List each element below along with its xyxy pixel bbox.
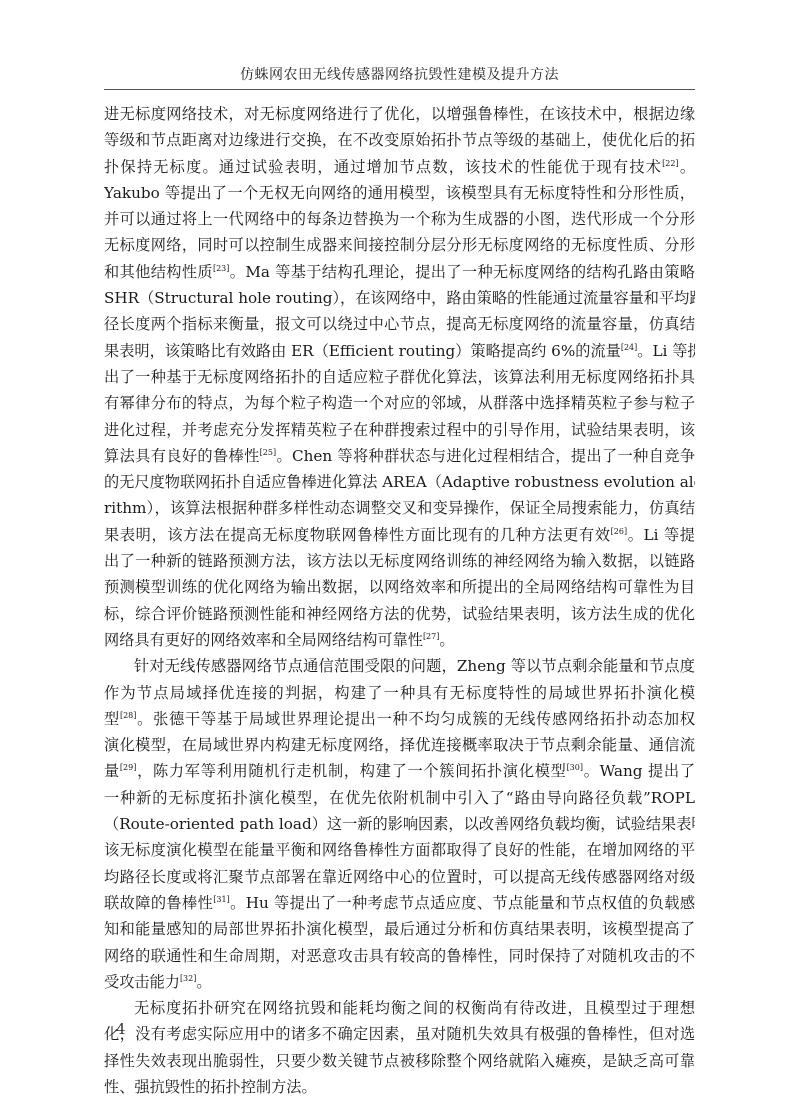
running-head-title: 仿蛛网农田无线传感器网络抗毁性建模及提升方法 (104, 64, 695, 84)
text-line: 联故障的鲁棒性[31]。Hu 等提出了一种考虑节点适应度、节点能量和节点权值的负… (104, 890, 695, 916)
line-text: 算法具有良好的鲁棒性 (104, 447, 260, 465)
line-text: 果表明，该策略比有效路由 ER（Efficient routing）策略提高约 … (104, 342, 621, 360)
line-text: 出了一种基于无标度网络拓扑的自适应粒子群优化算法，该算法利用无标度网络拓扑具 (104, 368, 695, 386)
body-text: 进无标度网络技术，对无标度网络进行了优化，以增强鲁棒性，在该技术中，根据边缘等级… (104, 101, 695, 1100)
line-text: SHR（Structural hole routing），在该网络中，路由策略的… (104, 289, 695, 307)
line-text: 。 (679, 158, 695, 176)
line-text: 扑保持无标度。通过试验表明，通过增加节点数，该技术的性能优于现有技术 (104, 158, 662, 176)
text-line: 的无尺度物联网拓扑自适应鲁棒进化算法 AREA（Adaptive robustn… (104, 469, 695, 495)
text-line: 受攻击能力[32]。 (104, 969, 695, 995)
text-line: SHR（Structural hole routing），在该网络中，路由策略的… (104, 285, 695, 311)
text-line: 算法具有良好的鲁棒性[25]。Chen 等将种群状态与进化过程相结合，提出了一种… (104, 443, 695, 469)
line-text: 并可以通过将上一代网络中的每条边替换为一个称为生成器的小图，迭代形成一个分形 (104, 210, 695, 228)
text-line: 无标度拓扑研究在网络抗毁和能耗均衡之间的权衡尚有待改进，且模型过于理想 (104, 995, 695, 1021)
line-text: 化，没有考虑实际应用中的诸多不确定因素，虽对随机失效具有极强的鲁棒性，但对选 (104, 1025, 695, 1043)
line-text: 无标度网络，同时可以控制生成器来间接控制分层分形无标度网络的无标度性质、分形 (104, 236, 695, 254)
text-line: 等级和节点距离对边缘进行交换，在不改变原始拓扑节点等级的基础上，使优化后的拓 (104, 127, 695, 153)
line-text: 。Li 等提 (627, 526, 695, 544)
citation-ref: [32] (180, 974, 196, 983)
citation-ref: [30] (567, 763, 583, 772)
text-line: 网络的联通性和生命周期，对恶意攻击具有较高的鲁棒性，同时保持了对随机攻击的不 (104, 943, 695, 969)
paragraph: 进无标度网络技术，对无标度网络进行了优化，以增强鲁棒性，在该技术中，根据边缘等级… (104, 101, 695, 653)
text-line: Yakubo 等提出了一个无权无向网络的通用模型，该模型具有无标度特性和分形性质… (104, 180, 695, 206)
line-text: 等级和节点距离对边缘进行交换，在不改变原始拓扑节点等级的基础上，使优化后的拓 (104, 131, 695, 149)
line-text: 均路径长度或将汇聚节点部署在靠近网络中心的位置时，可以提高无线传感器网络对级 (104, 868, 695, 886)
line-text: 网络具有更好的网络效率和全局网络结构可靠性 (104, 631, 423, 649)
line-text: 进无标度网络技术，对无标度网络进行了优化，以增强鲁棒性，在该技术中，根据边缘 (104, 105, 695, 123)
text-line: 该无标度演化模型在能量平衡和网络鲁棒性方面都取得了良好的性能，在增加网络的平 (104, 837, 695, 863)
text-line: 有幂律分布的特点，为每个粒子构造一个对应的邻域，从群落中选择精英粒子参与粒子 (104, 390, 695, 416)
text-line: 预测模型训练的优化网络为输出数据，以网络效率和所提出的全局网络结构可靠性为目 (104, 574, 695, 600)
text-line: 进化过程，并考虑充分发挥精英粒子在种群搜索过程中的引导作用，试验结果表明，该 (104, 417, 695, 443)
citation-ref: [28] (120, 711, 136, 720)
paragraph: 针对无线传感器网络节点通信范围受限的问题，Zheng 等以节点剩余能量和节点度作… (104, 653, 695, 995)
line-text: 该无标度演化模型在能量平衡和网络鲁棒性方面都取得了良好的性能，在增加网络的平 (104, 841, 695, 859)
line-text: 标，综合评价链路预测性能和神经网络方法的优势，试验结果表明，该方法生成的优化 (104, 605, 695, 623)
line-text: 择性失效表现出脆弱性，只要少数关键节点被移除整个网络就陷入瘫痪，是缺乏高可靠 (104, 1052, 695, 1070)
line-text: 针对无线传感器网络节点通信范围受限的问题，Zheng 等以节点剩余能量和节点度 (134, 657, 695, 675)
line-text: 。Li 等提 (637, 342, 695, 360)
text-line: 并可以通过将上一代网络中的每条边替换为一个称为生成器的小图，迭代形成一个分形 (104, 206, 695, 232)
line-text: 。Hu 等提出了一种考虑节点适应度、节点能量和节点权值的负载感 (230, 894, 695, 912)
line-text: 的无尺度物联网拓扑自适应鲁棒进化算法 AREA（Adaptive robustn… (104, 473, 695, 491)
text-line: 果表明，该策略比有效路由 ER（Efficient routing）策略提高约 … (104, 338, 695, 364)
text-line: 标，综合评价链路预测性能和神经网络方法的优势，试验结果表明，该方法生成的优化 (104, 601, 695, 627)
line-text: 。 (196, 973, 211, 991)
citation-ref: [31] (213, 895, 229, 904)
line-text: 无标度拓扑研究在网络抗毁和能耗均衡之间的权衡尚有待改进，且模型过于理想 (134, 999, 695, 1017)
text-line: （Route-oriented path load）这一新的影响因素，以改善网络… (104, 811, 695, 837)
header-rule (104, 89, 695, 90)
citation-ref: [29] (120, 763, 136, 772)
text-line: 出了一种基于无标度网络拓扑的自适应粒子群优化算法，该算法利用无标度网络拓扑具 (104, 364, 695, 390)
line-text: 。 (439, 631, 454, 649)
line-text: 量 (104, 762, 120, 780)
line-text: 型 (104, 710, 120, 728)
text-line: 扑保持无标度。通过试验表明，通过增加节点数，该技术的性能优于现有技术[22]。 (104, 154, 695, 180)
citation-ref: [22] (662, 159, 678, 168)
text-line: rithm），该算法根据种群多样性动态调整交叉和变异操作，保证全局搜索能力，仿真… (104, 495, 695, 521)
text-line: 无标度网络，同时可以控制生成器来间接控制分层分形无标度网络的无标度性质、分形 (104, 232, 695, 258)
line-text: 网络的联通性和生命周期，对恶意攻击具有较高的鲁棒性，同时保持了对随机攻击的不 (104, 947, 695, 965)
line-text: 。Wang 提出了 (583, 762, 695, 780)
line-text: 联故障的鲁棒性 (104, 894, 213, 912)
line-text: 演化模型，在局域世界内构建无标度网络，择优连接概率取决于节点剩余能量、通信流 (104, 736, 695, 754)
text-line: 性、强抗毁性的拓扑控制方法。 (104, 1074, 695, 1100)
text-line: 知和能量感知的局部世界拓扑演化模型，最后通过分析和仿真结果表明，该模型提高了 (104, 916, 695, 942)
citation-ref: [26] (611, 527, 627, 536)
text-line: 果表明，该方法在提高无标度物联网鲁棒性方面比现有的几种方法更有效[26]。Li … (104, 522, 695, 548)
line-text: 进化过程，并考虑充分发挥精英粒子在种群搜索过程中的引导作用，试验结果表明，该 (104, 421, 695, 439)
text-line: 均路径长度或将汇聚节点部署在靠近网络中心的位置时，可以提高无线传感器网络对级 (104, 864, 695, 890)
line-text: 径长度两个指标来衡量，报文可以绕过中心节点，提高无标度网络的流量容量，仿真结 (104, 315, 695, 333)
line-text: 受攻击能力 (104, 973, 180, 991)
text-line: 出了一种新的链路预测方法，该方法以无标度网络训练的神经网络为输入数据，以链路 (104, 548, 695, 574)
text-line: 化，没有考虑实际应用中的诸多不确定因素，虽对随机失效具有极强的鲁棒性，但对选 (104, 1021, 695, 1047)
line-text: 。Ma 等基于结构孔理论，提出了一种无标度网络的结构孔路由策略 (229, 263, 695, 281)
page-number: 4 (116, 1020, 126, 1038)
line-text: （Route-oriented path load）这一新的影响因素，以改善网络… (104, 815, 695, 833)
line-text: 作为节点局域择优连接的判据，构建了一种具有无标度特性的局域世界拓扑演化模 (104, 684, 695, 702)
line-text: 知和能量感知的局部世界拓扑演化模型，最后通过分析和仿真结果表明，该模型提高了 (104, 920, 695, 938)
text-line: 演化模型，在局域世界内构建无标度网络，择优连接概率取决于节点剩余能量、通信流 (104, 732, 695, 758)
line-text: 性、强抗毁性的拓扑控制方法。 (104, 1078, 317, 1096)
text-line: 和其他结构性质[23]。Ma 等基于结构孔理论，提出了一种无标度网络的结构孔路由… (104, 259, 695, 285)
citation-ref: [27] (423, 632, 439, 641)
line-text: 预测模型训练的优化网络为输出数据，以网络效率和所提出的全局网络结构可靠性为目 (104, 578, 695, 596)
line-text: 。张德干等基于局域世界理论提出一种不均匀成簇的无线传感网络拓扑动态加权 (136, 710, 695, 728)
text-line: 针对无线传感器网络节点通信范围受限的问题，Zheng 等以节点剩余能量和节点度 (104, 653, 695, 679)
citation-ref: [24] (621, 343, 637, 352)
text-line: 择性失效表现出脆弱性，只要少数关键节点被移除整个网络就陷入瘫痪，是缺乏高可靠 (104, 1048, 695, 1074)
text-line: 进无标度网络技术，对无标度网络进行了优化，以增强鲁棒性，在该技术中，根据边缘 (104, 101, 695, 127)
line-text: rithm），该算法根据种群多样性动态调整交叉和变异操作，保证全局搜索能力，仿真… (104, 499, 695, 517)
text-line: 作为节点局域择优连接的判据，构建了一种具有无标度特性的局域世界拓扑演化模 (104, 680, 695, 706)
line-text: 果表明，该方法在提高无标度物联网鲁棒性方面比现有的几种方法更有效 (104, 526, 611, 544)
line-text: ，陈力军等利用随机行走机制，构建了一个簇间拓扑演化模型 (136, 762, 566, 780)
line-text: Yakubo 等提出了一个无权无向网络的通用模型，该模型具有无标度特性和分形性质… (104, 184, 695, 202)
text-line: 网络具有更好的网络效率和全局网络结构可靠性[27]。 (104, 627, 695, 653)
line-text: 有幂律分布的特点，为每个粒子构造一个对应的邻域，从群落中选择精英粒子参与粒子 (104, 394, 695, 412)
text-line: 径长度两个指标来衡量，报文可以绕过中心节点，提高无标度网络的流量容量，仿真结 (104, 311, 695, 337)
line-text: 出了一种新的链路预测方法，该方法以无标度网络训练的神经网络为输入数据，以链路 (104, 552, 695, 570)
paragraph: 无标度拓扑研究在网络抗毁和能耗均衡之间的权衡尚有待改进，且模型过于理想化，没有考… (104, 995, 695, 1100)
line-text: 和其他结构性质 (104, 263, 213, 281)
citation-ref: [23] (213, 264, 229, 273)
text-line: 量[29]，陈力军等利用随机行走机制，构建了一个簇间拓扑演化模型[30]。Wan… (104, 758, 695, 784)
text-line: 一种新的无标度拓扑演化模型，在优先依附机制中引入了“路由导向路径负载”ROPL (104, 785, 695, 811)
text-line: 型[28]。张德干等基于局域世界理论提出一种不均匀成簇的无线传感网络拓扑动态加权 (104, 706, 695, 732)
line-text: 。Chen 等将种群状态与进化过程相结合，提出了一种自竞争 (276, 447, 695, 465)
line-text: 一种新的无标度拓扑演化模型，在优先依附机制中引入了“路由导向路径负载”ROPL (104, 789, 695, 807)
citation-ref: [25] (260, 448, 276, 457)
